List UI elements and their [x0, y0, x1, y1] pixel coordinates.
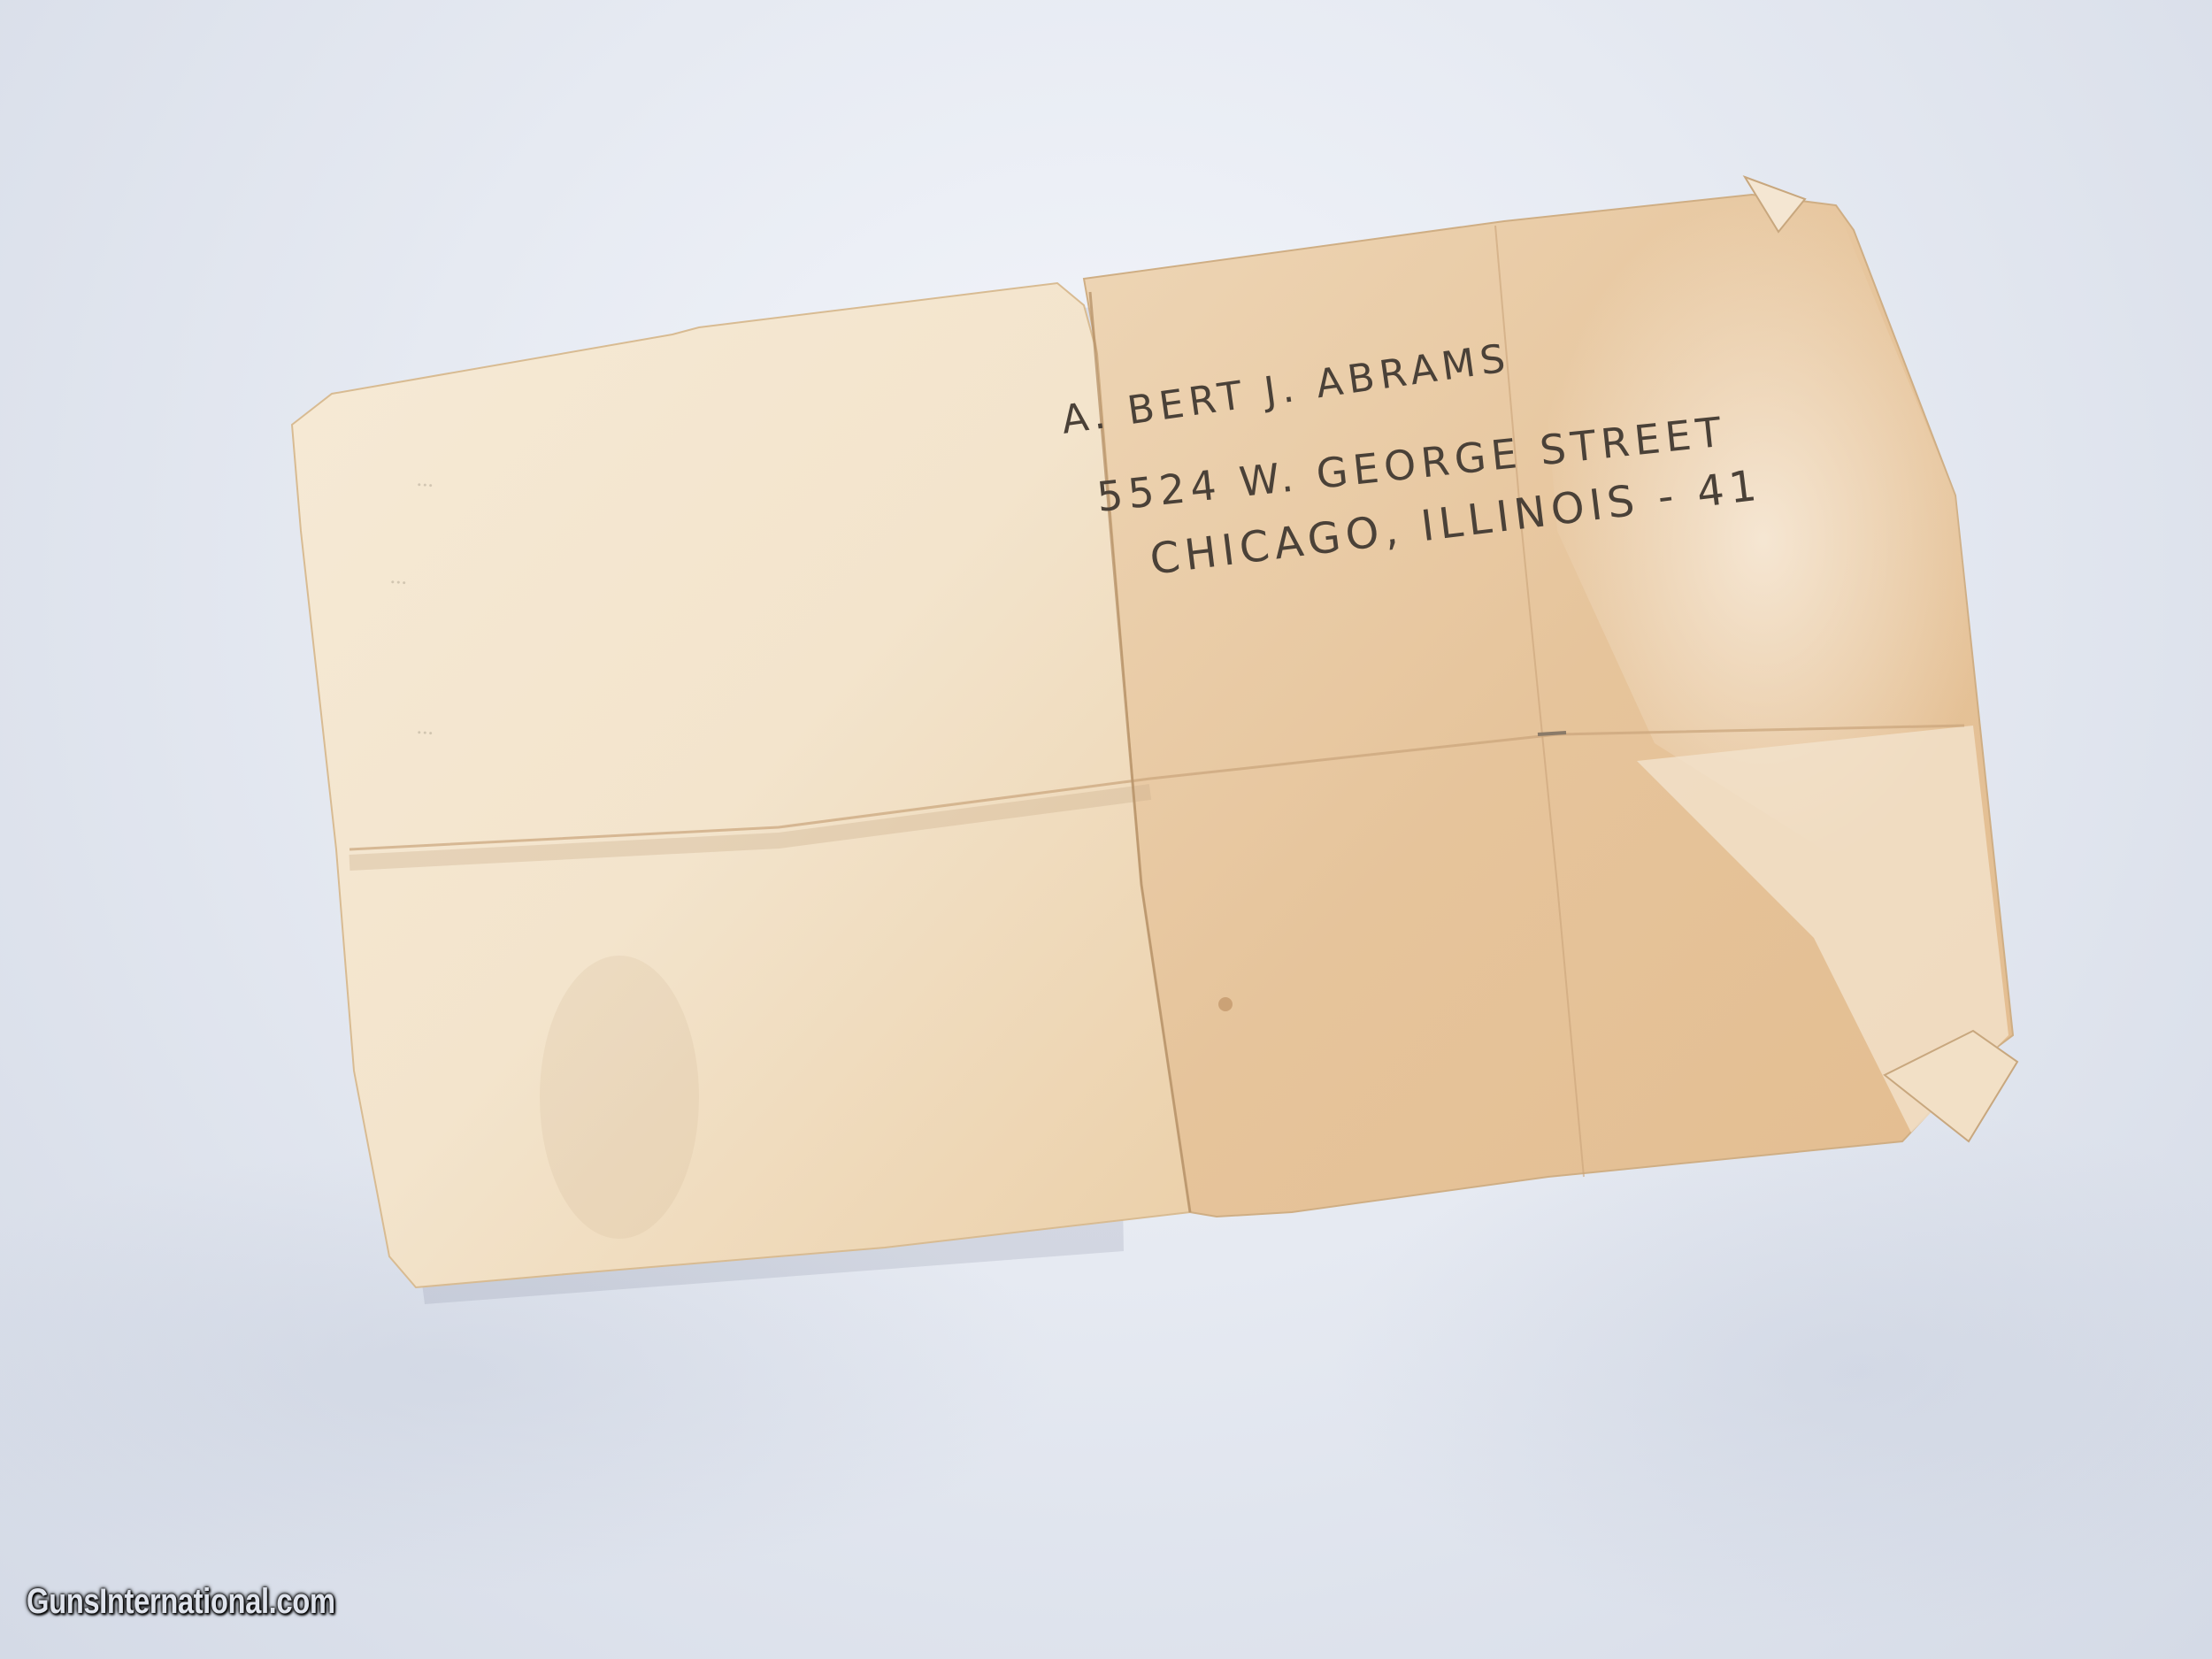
bleed-through-text: ... [388, 574, 408, 602]
bleed-through-text: ... [415, 477, 434, 504]
site-watermark: GunsInternational.com [27, 1582, 335, 1622]
paper-shape [0, 0, 2212, 1659]
aged-paper-document: ... ... ... A. BERT J. ABRAMS 5524 W. GE… [0, 0, 2212, 1659]
bleed-through-text: ... [415, 725, 434, 752]
